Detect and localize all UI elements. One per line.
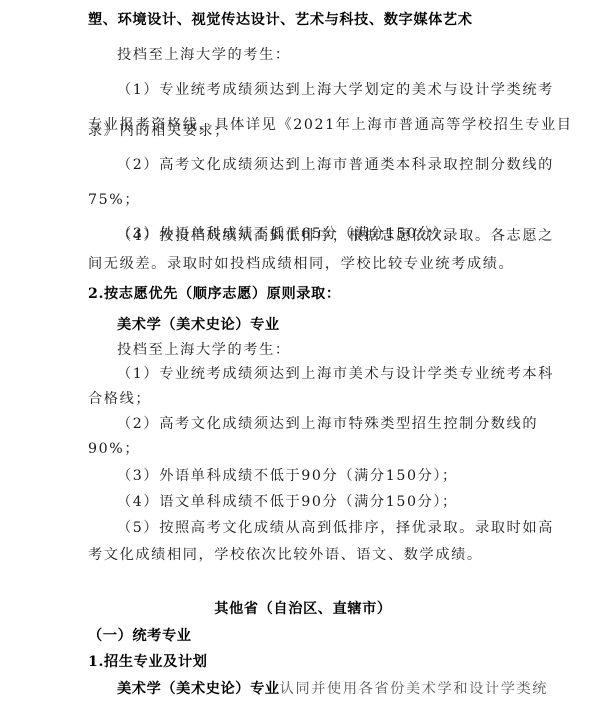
paragraph-mixed: 美术学（美术史论）专业认同并使用各省份美术学和设计学类统 (117, 679, 548, 699)
paragraph-text: （3）外语单科成绩不低于90分（满分150分）； (117, 466, 458, 486)
paragraph-text: （2）高考文化成绩须达到上海市特殊类型招生控制分数线的 (117, 414, 538, 434)
section-heading-other-provinces: 其他省（自治区、直辖市） (0, 599, 606, 619)
paragraph-text: （2）高考文化成绩须达到上海市普通类本科录取控制分数线的 (117, 155, 554, 175)
major-name-emphasis: 美术学（美术史论）专业 (117, 681, 280, 697)
paragraph-text: 间无级差。录取时如投档成绩相同，学校比较专业统考成绩。 (88, 254, 514, 274)
paragraph-text: 投档至上海大学的考生： (117, 45, 291, 65)
paragraph-text: （5）按照高考文化成绩从高到低排序，择优录取。录取时如高 (117, 518, 554, 538)
paragraph-text: 75%； (88, 190, 140, 210)
paragraph-text: （4）按投档成绩从高到低排序，根据志愿依次录取。各志愿之 (117, 226, 554, 246)
paragraph-text: 考文化成绩相同，学校依次比较外语、语文、数学成绩。 (88, 545, 483, 565)
paragraph-text: （1）专业统考成绩须达到上海大学划定的美术与设计学类统考 (117, 80, 554, 100)
paragraph-text: 合格线； (88, 389, 151, 409)
section-heading-majors: 塑、环境设计、视觉传达设计、艺术与科技、数字媒体艺术 (88, 10, 472, 30)
subsection-heading-unified-exam: （一）统考专业 (88, 626, 192, 646)
major-heading: 美术学（美术史论）专业 (117, 315, 280, 335)
paragraph-text: 认同并使用各省份美术学和设计学类统 (280, 681, 548, 697)
paragraph-text: 投档至上海大学的考生： (117, 340, 291, 360)
section-heading-admission-principle: 2.按志愿优先（顺序志愿）原则录取： (88, 284, 341, 304)
paragraph-text: （4）语文单科成绩不低于90分（满分150分）； (117, 492, 458, 512)
paragraph-text: 90%； (88, 439, 140, 459)
paragraph-text: 录》内的相关要求； (88, 121, 230, 141)
paragraph-text: （1）专业统考成绩须达到上海市美术与设计学类专业统考本科 (117, 364, 554, 384)
subsection-heading-enrollment-plan: 1.招生专业及计划 (88, 652, 208, 672)
